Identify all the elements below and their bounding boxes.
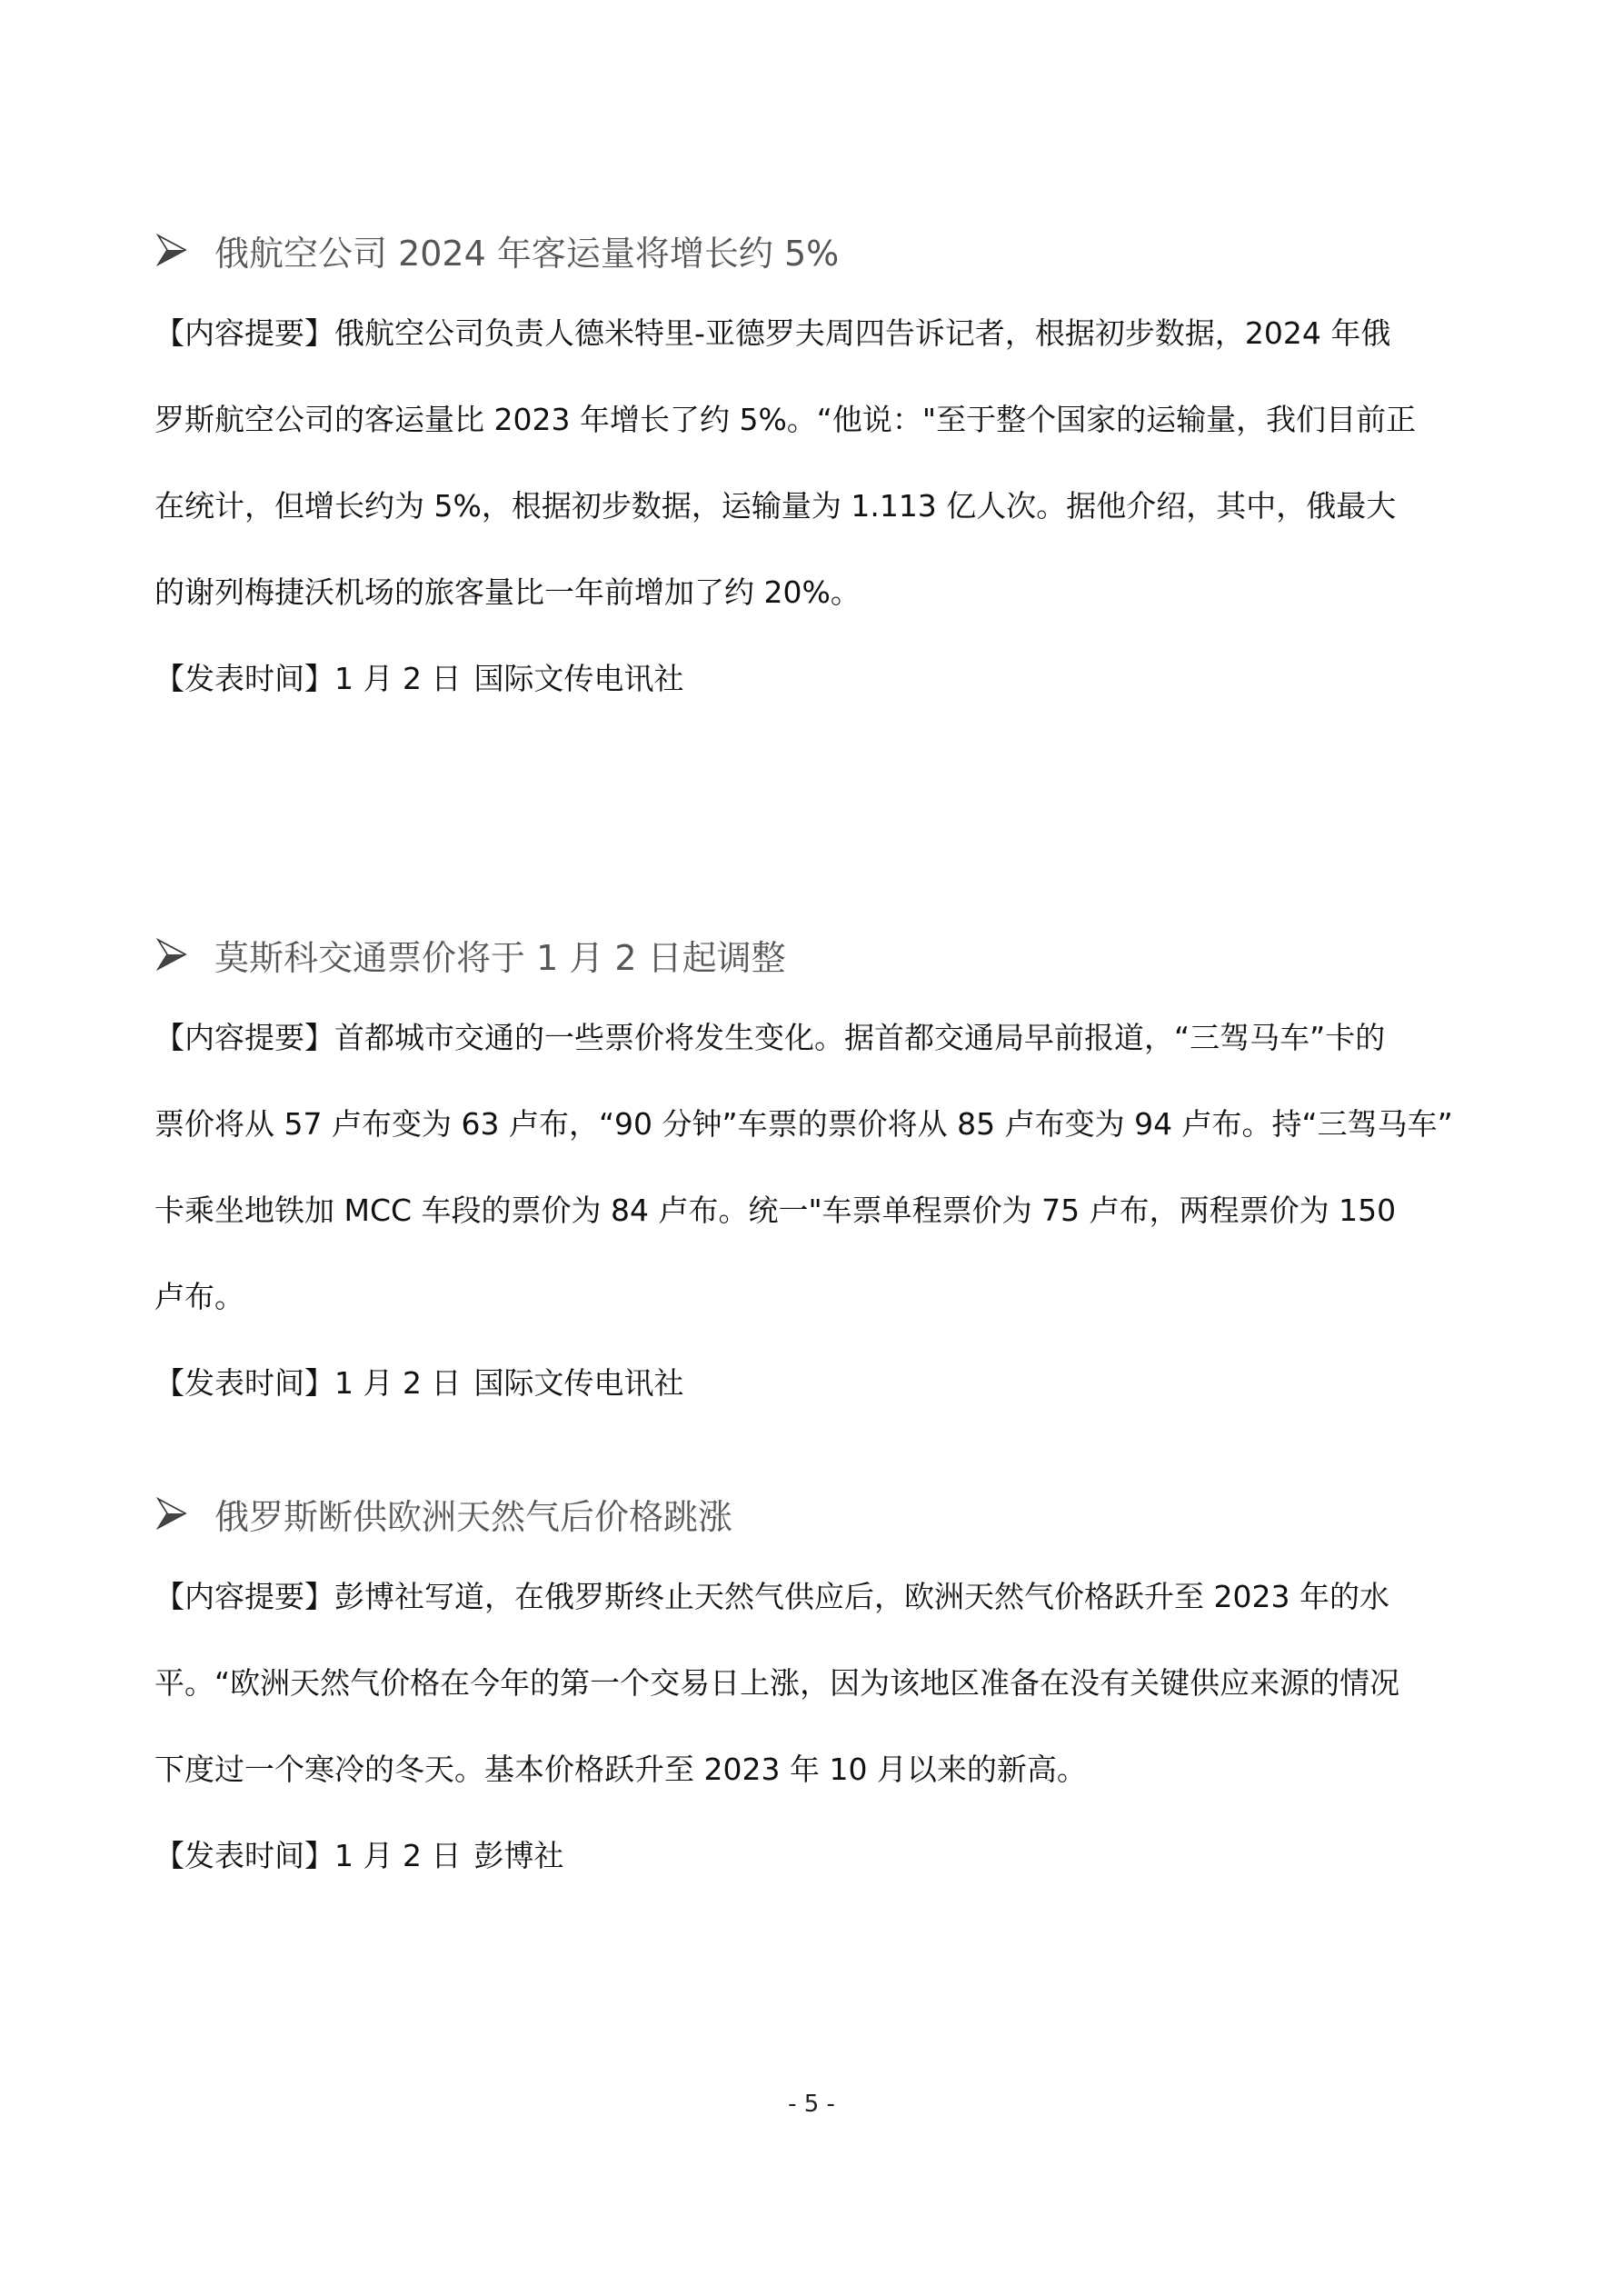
publish-date: 1 月 2 日 [334,1838,461,1873]
news-summary: 【内容提要】首都城市交通的一些票价将发生变化。据首都交通局早前报道，“三驾马车”… [154,1011,1490,1356]
summary-label: 【内容提要】 [154,1020,334,1055]
summary-text: 俄航空公司负责人德米特里-亚德罗夫周四告诉记者，根据初步数据，2024 年俄 [334,315,1390,351]
news-summary: 【内容提要】俄航空公司负责人德米特里-亚德罗夫周四告诉记者，根据初步数据，202… [154,306,1490,652]
publish-source: 国际文传电讯社 [473,661,683,696]
arrowhead-bullet-icon [156,938,187,971]
document-page: 俄航空公司 2024 年客运量将增长约 5% 【内容提要】俄航空公司负责人德米特… [0,0,1623,2296]
summary-line: 下度过一个寒冷的冬天。基本价格跃升至 2023 年 10 月以来的新高。 [154,1742,1490,1829]
summary-line: 罗斯航空公司的客运量比 2023 年增长了约 5%。“他说："至于整个国家的运输… [154,393,1490,479]
publish-meta: 【发表时间】1 月 2 日国际文传电讯社 [154,652,1490,706]
meta-label: 【发表时间】 [154,661,334,696]
summary-line: 的谢列梅捷沃机场的旅客量比一年前增加了约 20%。 [154,565,1490,652]
page-number: - 5 - [0,2091,1623,2118]
summary-label: 【内容提要】 [154,1579,334,1614]
news-item: 俄罗斯断供欧洲天然气后价格跳涨 【内容提要】彭博社写道，在俄罗斯终止天然气供应后… [154,1486,1490,1883]
news-title: 俄航空公司 2024 年客运量将增长约 5% [214,225,839,275]
summary-text: 彭博社写道，在俄罗斯终止天然气供应后，欧洲天然气价格跃升至 2023 年的水 [334,1579,1389,1614]
news-summary: 【内容提要】彭博社写道，在俄罗斯终止天然气供应后，欧洲天然气价格跃升至 2023… [154,1570,1490,1829]
summary-line: 平。“欧洲天然气价格在今年的第一个交易日上涨，因为该地区准备在没有关键供应来源的… [154,1656,1490,1742]
summary-line: 卢布。 [154,1270,1490,1356]
summary-line: 【内容提要】俄航空公司负责人德米特里-亚德罗夫周四告诉记者，根据初步数据，202… [154,306,1490,393]
publish-date: 1 月 2 日 [334,661,461,696]
news-title-row: 俄航空公司 2024 年客运量将增长约 5% [154,223,1490,277]
publish-date: 1 月 2 日 [334,1365,461,1401]
meta-label: 【发表时间】 [154,1838,334,1873]
publish-source: 彭博社 [473,1838,563,1873]
summary-label: 【内容提要】 [154,315,334,351]
arrowhead-bullet-icon [156,1497,187,1530]
summary-line: 票价将从 57 卢布变为 63 卢布，“90 分钟”车票的票价将从 85 卢布变… [154,1097,1490,1183]
meta-label: 【发表时间】 [154,1365,334,1401]
arrowhead-bullet-icon [156,234,187,266]
news-title-row: 莫斯科交通票价将于 1 月 2 日起调整 [154,927,1490,982]
news-title: 俄罗斯断供欧洲天然气后价格跳涨 [214,1489,732,1539]
publish-meta: 【发表时间】1 月 2 日彭博社 [154,1829,1490,1883]
publish-source: 国际文传电讯社 [473,1365,683,1401]
summary-text: 首都城市交通的一些票价将发生变化。据首都交通局早前报道，“三驾马车”卡的 [334,1020,1385,1055]
news-title: 莫斯科交通票价将于 1 月 2 日起调整 [214,930,786,980]
news-item: 莫斯科交通票价将于 1 月 2 日起调整 【内容提要】首都城市交通的一些票价将发… [154,927,1490,1411]
news-item: 俄航空公司 2024 年客运量将增长约 5% 【内容提要】俄航空公司负责人德米特… [154,223,1490,706]
summary-line: 【内容提要】彭博社写道，在俄罗斯终止天然气供应后，欧洲天然气价格跃升至 2023… [154,1570,1490,1656]
summary-line: 【内容提要】首都城市交通的一些票价将发生变化。据首都交通局早前报道，“三驾马车”… [154,1011,1490,1097]
news-title-row: 俄罗斯断供欧洲天然气后价格跳涨 [154,1486,1490,1541]
publish-meta: 【发表时间】1 月 2 日国际文传电讯社 [154,1356,1490,1411]
summary-line: 卡乘坐地铁加 MCC 车段的票价为 84 卢布。统一"车票单程票价为 75 卢布… [154,1183,1490,1270]
summary-line: 在统计，但增长约为 5%，根据初步数据，运输量为 1.113 亿人次。据他介绍，… [154,479,1490,565]
